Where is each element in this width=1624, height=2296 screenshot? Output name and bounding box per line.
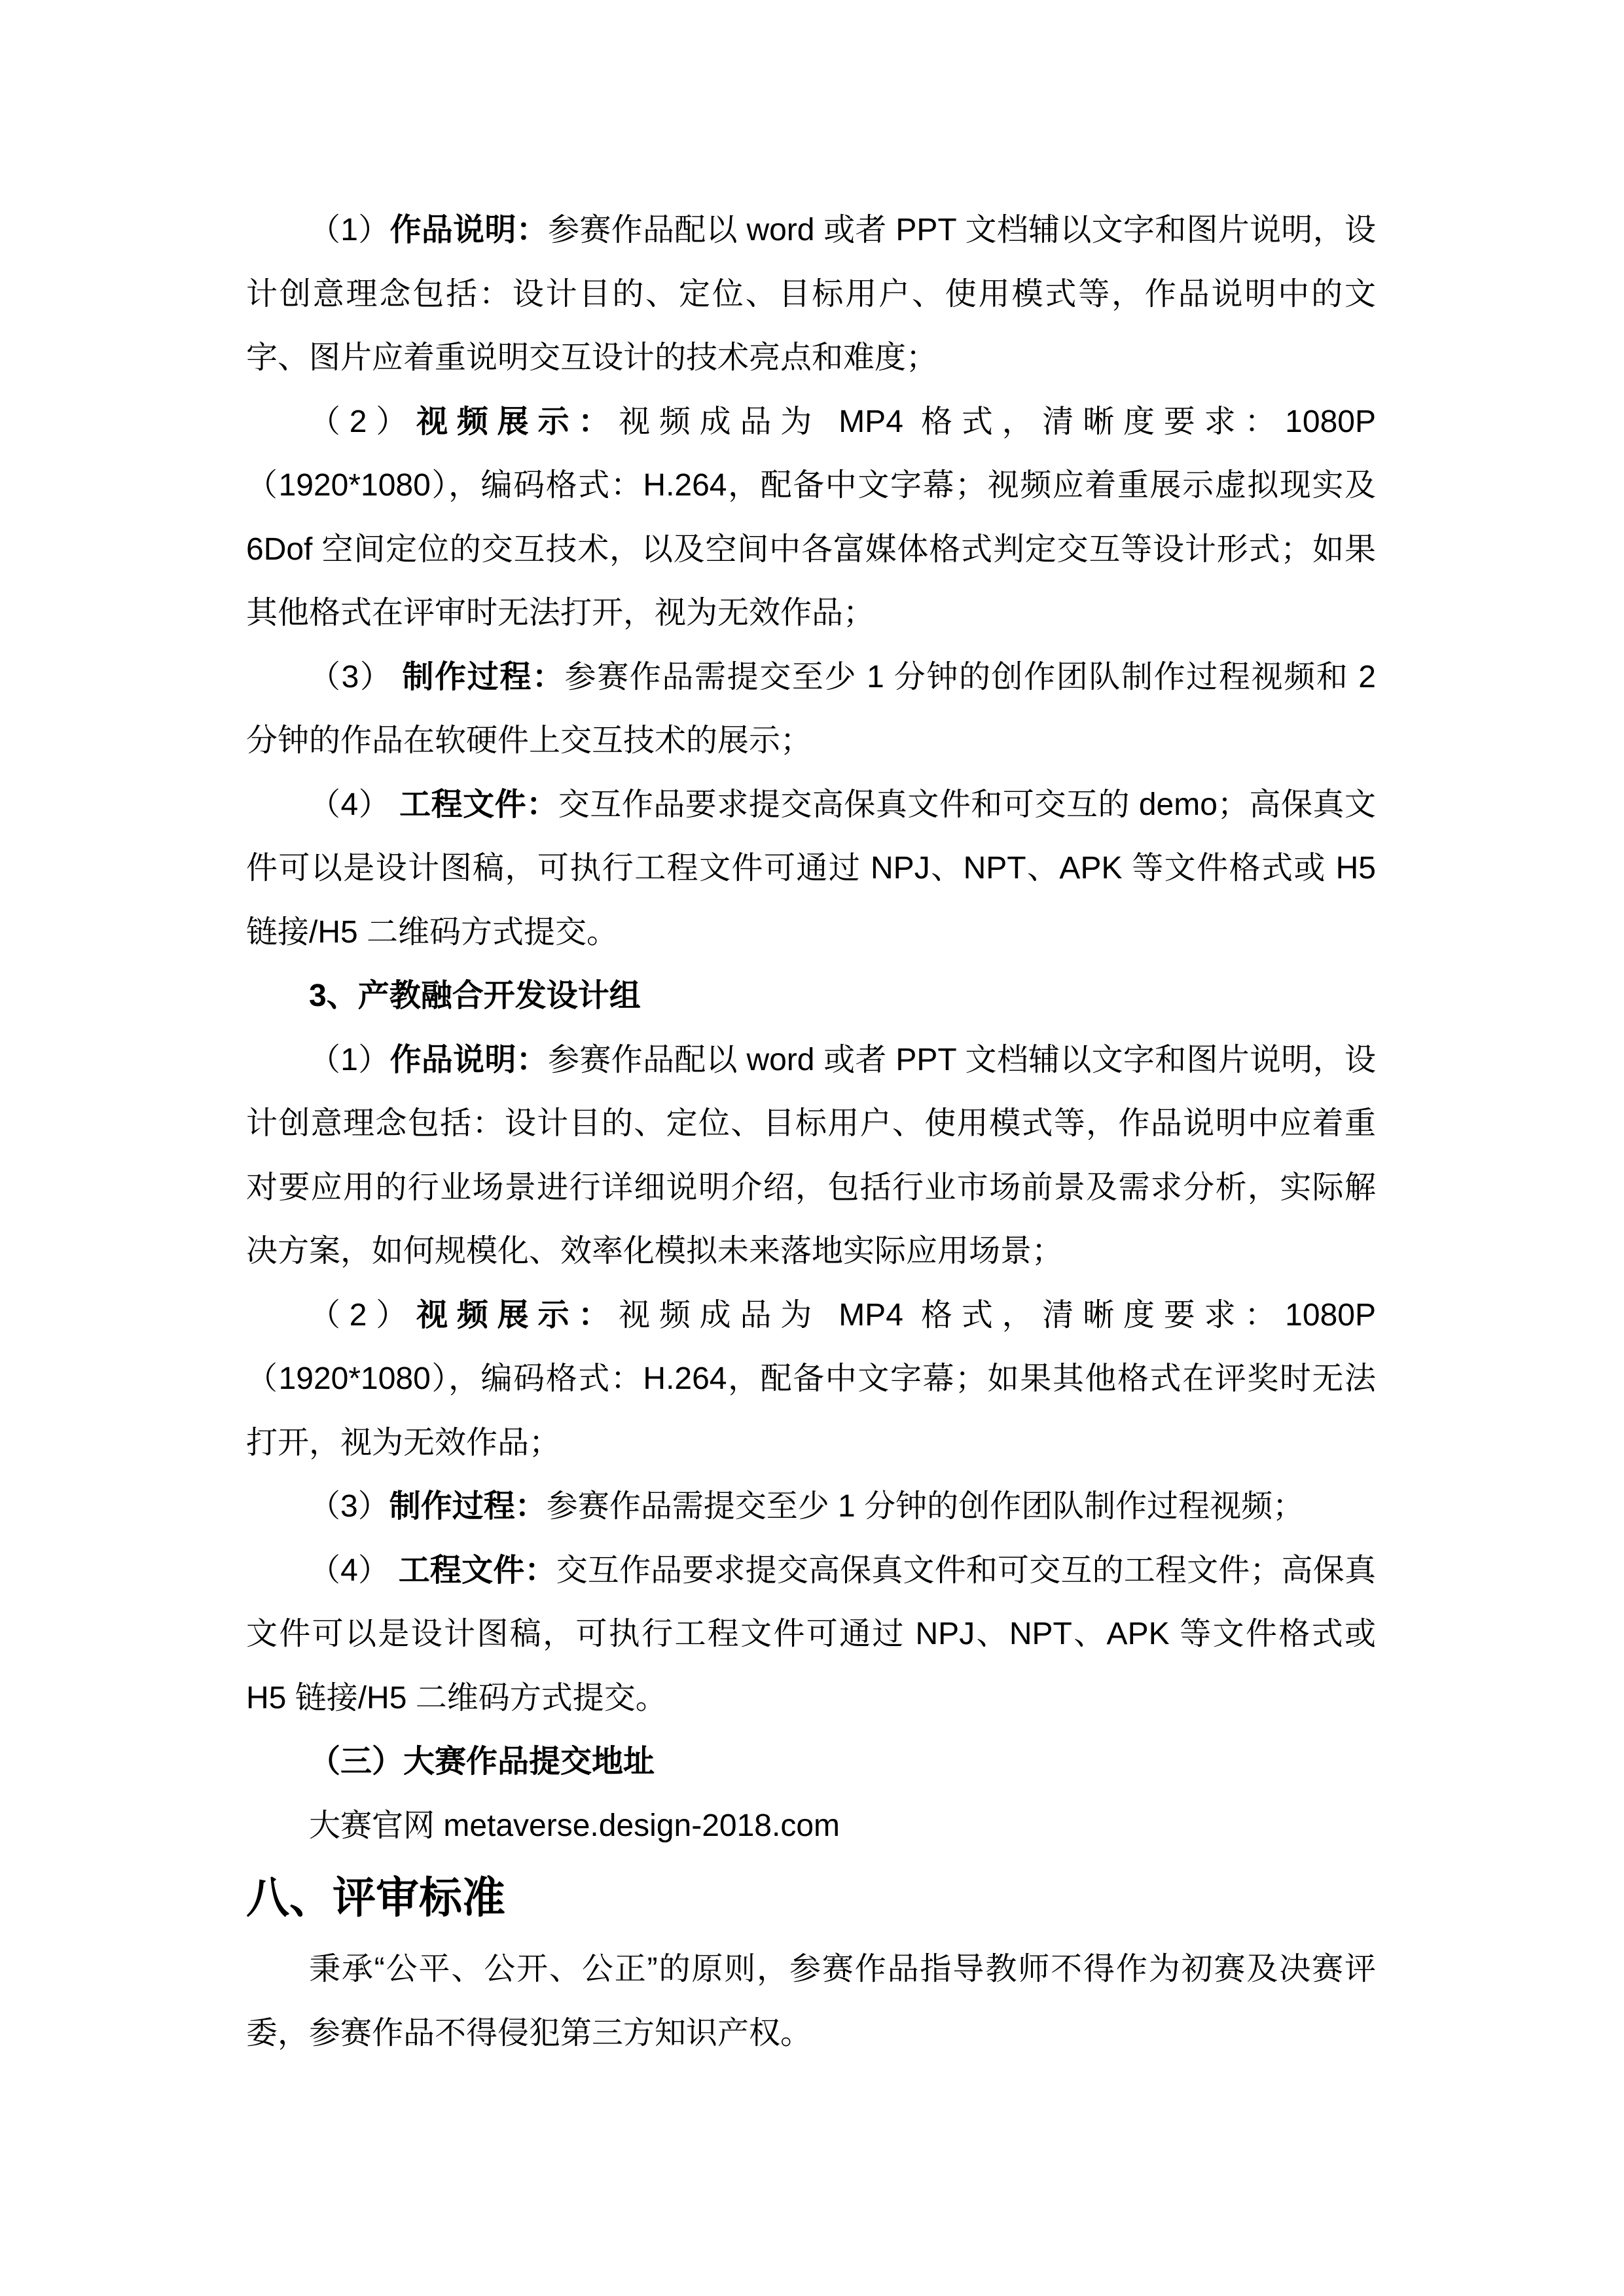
heading-group-3-industry-education: 3、产教融合开发设计组 <box>246 964 1376 1028</box>
official-website-prefix: 大赛官网 <box>309 1808 443 1843</box>
item-label: 视频展示： <box>416 404 619 439</box>
document-content: （1）作品说明：参赛作品配以 word 或者 PPT 文档辅以文字和图片说明，设… <box>246 198 1376 2065</box>
para-official-website: 大赛官网 metaverse.design-2018.com <box>246 1794 1376 1858</box>
item-label: 作品说明： <box>390 213 548 247</box>
para-1-production-process: （3） 制作过程：参赛作品需提交至少 1 分钟的创作团队制作过程视频和 2 分钟… <box>246 645 1376 773</box>
item-number: （2） <box>309 404 416 439</box>
item-label: 制作过程： <box>389 1489 547 1524</box>
item-number: （2） <box>309 1298 416 1333</box>
para-1-engineering-files: （4） 工程文件：交互作品要求提交高保真文件和可交互的 demo；高保真文件可以… <box>246 773 1376 965</box>
item-label: 工程文件： <box>399 1553 556 1588</box>
item-label: 作品说明： <box>390 1043 548 1077</box>
para-2-video-display: （2）视频展示：视频成品为 MP4 格式，清晰度要求：1080P（1920*10… <box>246 1283 1376 1475</box>
item-label: 工程文件： <box>399 787 558 822</box>
para-2-production-process: （3）制作过程：参赛作品需提交至少 1 分钟的创作团队制作过程视频； <box>246 1475 1376 1539</box>
item-label: 制作过程： <box>403 660 565 694</box>
heading-submission-address: （三）大赛作品提交地址 <box>246 1730 1376 1794</box>
para-2-engineering-files: （4） 工程文件：交互作品要求提交高保真文件和可交互的工程文件；高保真文件可以是… <box>246 1539 1376 1731</box>
para-1-work-description: （1）作品说明：参赛作品配以 word 或者 PPT 文档辅以文字和图片说明，设… <box>246 198 1376 390</box>
item-body: 参赛作品需提交至少 1 分钟的创作团队制作过程视频； <box>547 1489 1304 1524</box>
heading-review-criteria: 八、评审标准 <box>246 1857 1376 1937</box>
item-number: （1） <box>309 213 390 247</box>
item-number: （3） <box>309 1489 389 1524</box>
document-page: （1）作品说明：参赛作品配以 word 或者 PPT 文档辅以文字和图片说明，设… <box>0 0 1624 2296</box>
item-number: （4） <box>309 1553 399 1588</box>
item-number: （4） <box>309 787 399 822</box>
item-number: （3） <box>309 660 403 694</box>
para-2-work-description: （1）作品说明：参赛作品配以 word 或者 PPT 文档辅以文字和图片说明，设… <box>246 1028 1376 1283</box>
para-1-video-display: （2）视频展示：视频成品为 MP4 格式，清晰度要求：1080P（1920*10… <box>246 390 1376 645</box>
item-label: 视频展示： <box>416 1298 619 1333</box>
item-number: （1） <box>309 1043 390 1077</box>
para-review-principles: 秉承“公平、公开、公正”的原则，参赛作品指导教师不得作为初赛及决赛评委，参赛作品… <box>246 1937 1376 2065</box>
official-website-url: metaverse.design-2018.com <box>443 1808 840 1843</box>
